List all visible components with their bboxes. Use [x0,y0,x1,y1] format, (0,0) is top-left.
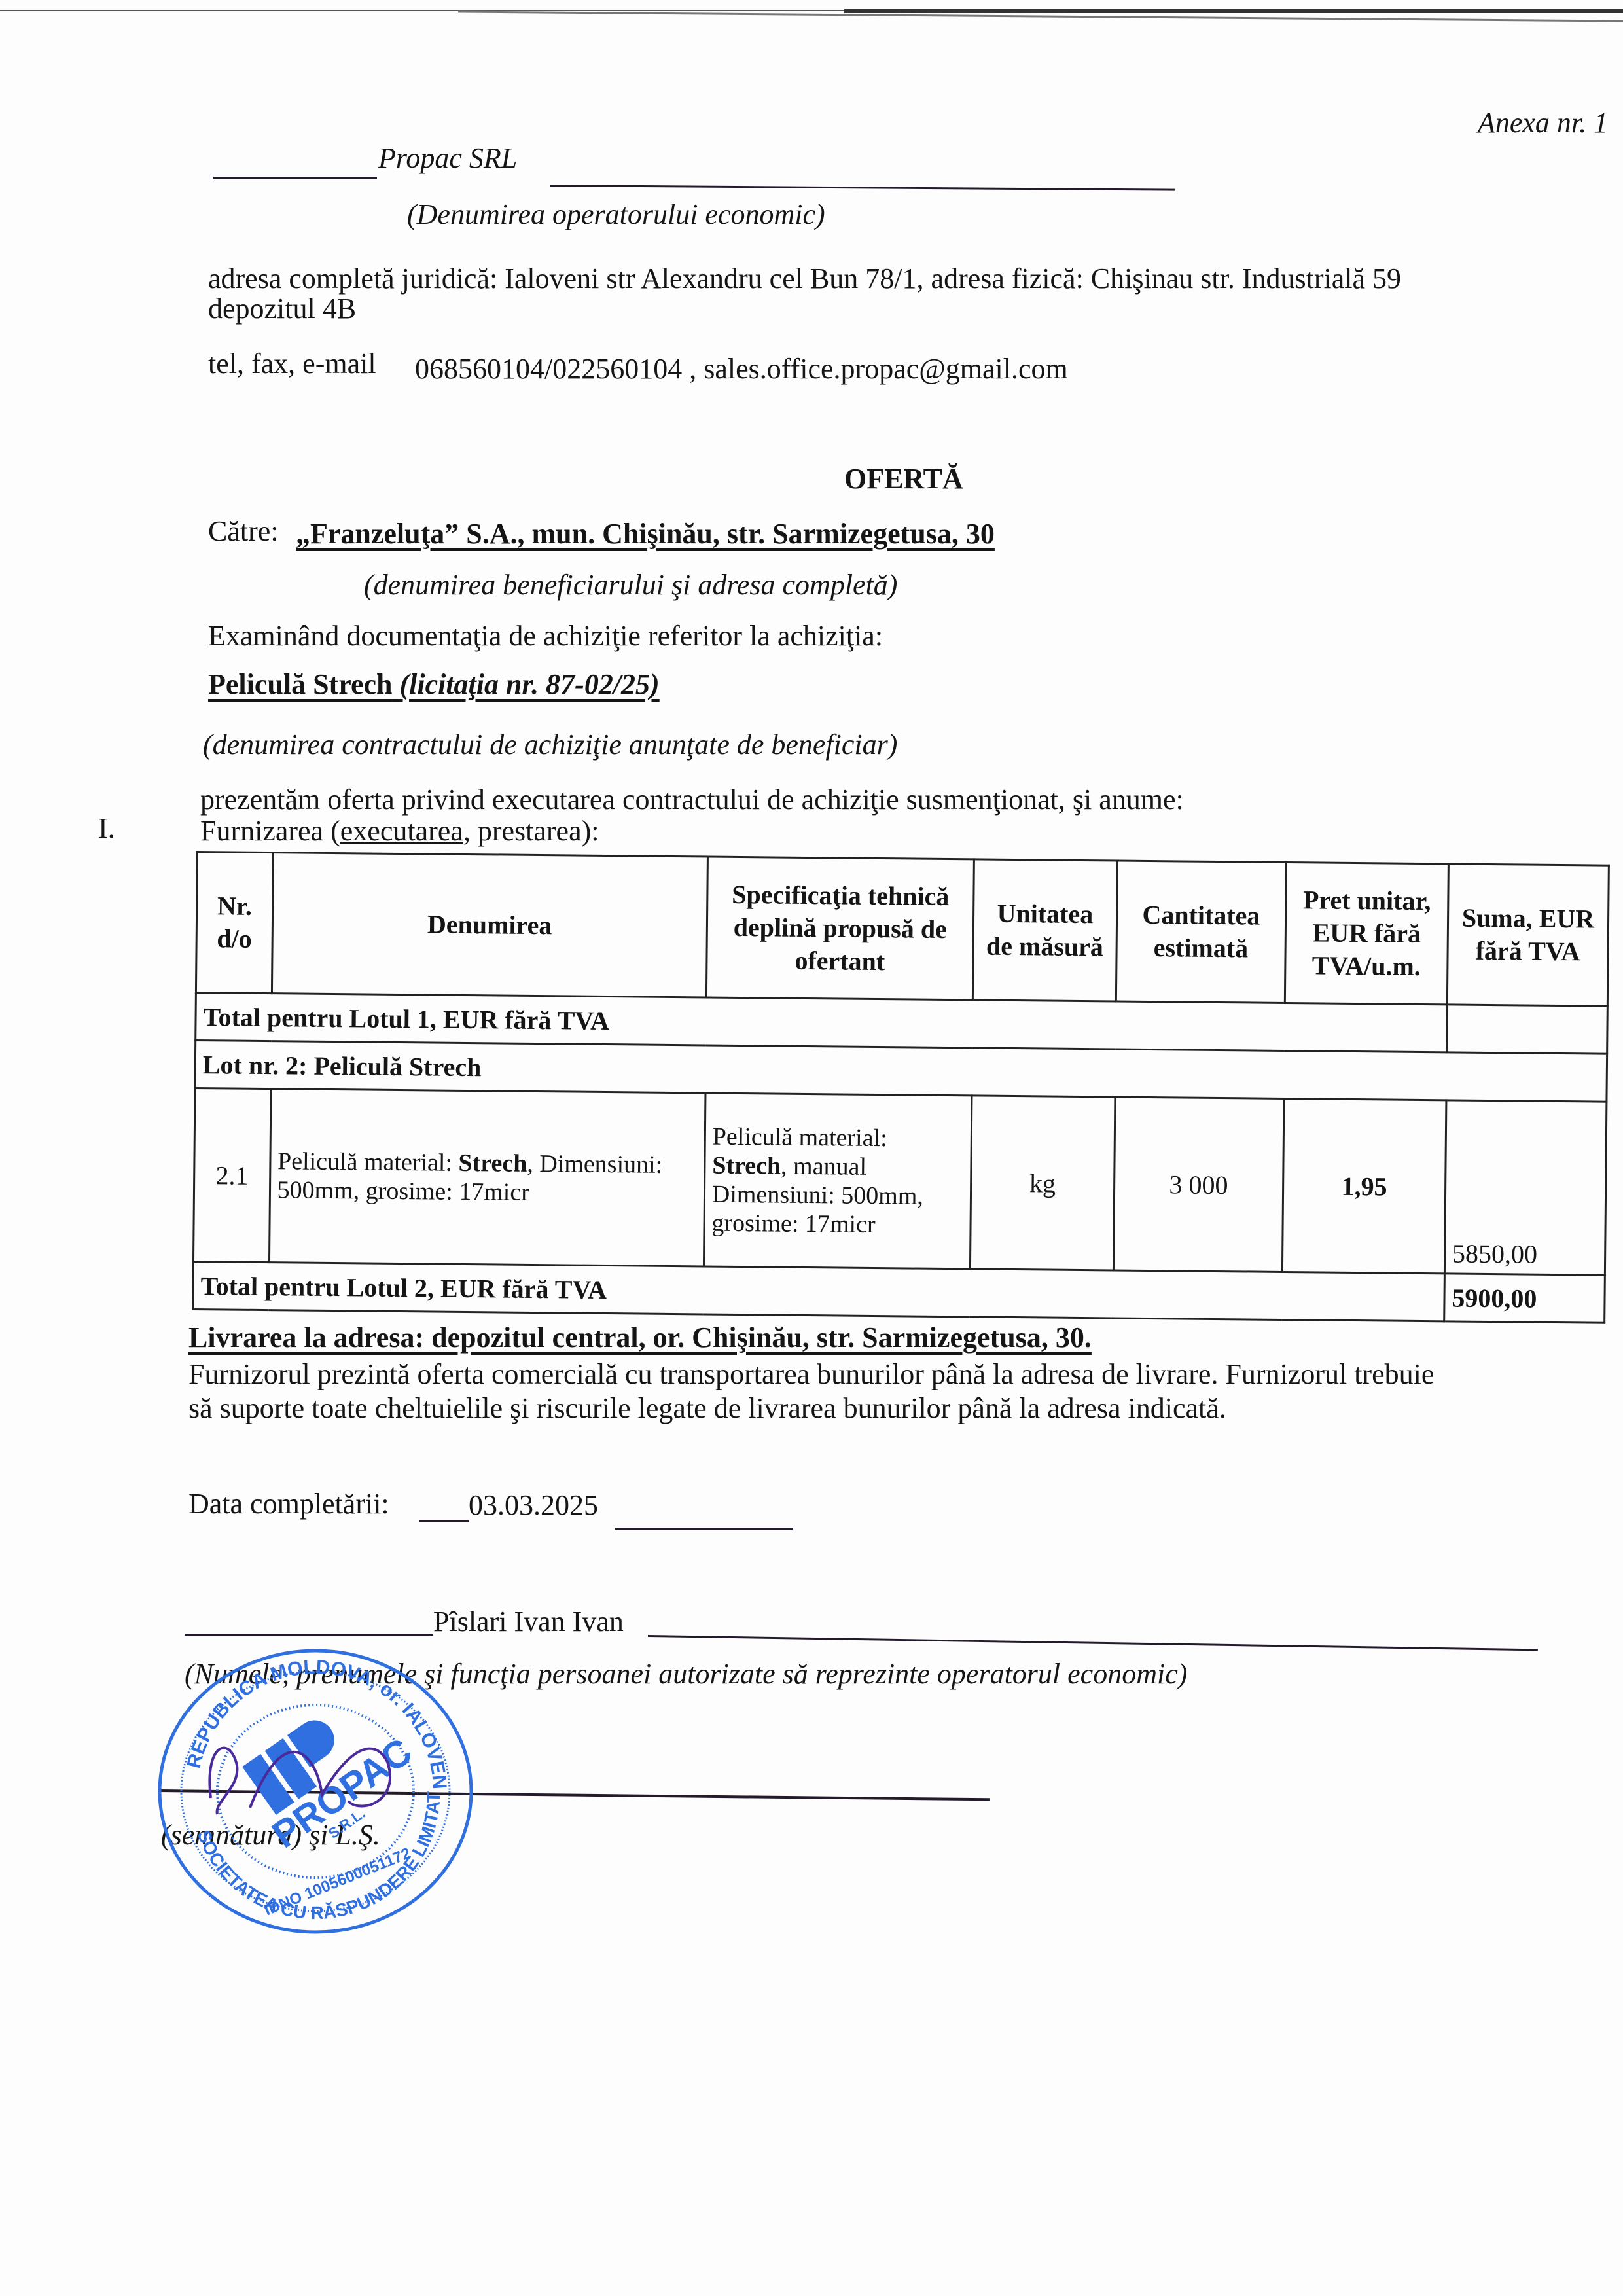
table-row: 2.1 Peliculă material: Strech, Dimensiun… [193,1088,1606,1275]
delivery-address: Livrarea la adresa: depozitul central, o… [188,1321,1092,1354]
document-title: OFERTĂ [844,462,963,495]
underline [550,185,1175,191]
address-line: adresa completă juridică: Ialoveni str A… [208,262,1401,295]
delivery-text-2: să suporte toate cheltuielile şi riscuri… [188,1391,1226,1425]
item-denumirea: Peliculă material: Strech, Dimensiuni: 5… [269,1089,705,1266]
present-text: prezentăm oferta privind executarea cont… [200,783,1184,816]
operator-caption: (Denumirea operatorului economic) [407,198,825,231]
col-specificatia: Specificaţia tehnică deplină propusă de … [706,857,974,1000]
company-stamp-icon: REPUBLICA MOLDOVA, or. IALOVENI SOCIETAT… [152,1644,479,1939]
underline [419,1520,469,1522]
offer-table: Nr. d/o Denumirea Specificaţia tehnică d… [192,851,1610,1324]
contract-title: Peliculă Strech (licitaţia nr. 87-02/25) [208,668,660,701]
contact-label: tel, fax, e-mail [208,347,376,380]
col-suma: Suma, EUR fără TVA [1447,864,1609,1006]
item-unit: kg [970,1096,1115,1270]
underline [648,1635,1538,1651]
scan-edge [0,9,1623,24]
contract-name: Peliculă Strech [208,668,392,700]
signatory-name: Pîslari Ivan Ivan [433,1605,624,1638]
tender-reference: (licitaţia nr. 87-02/25) [399,668,659,700]
item-nr: 2.1 [193,1088,270,1262]
contact-value: 068560104/022560104 , sales.office.propa… [415,352,1068,386]
item-unit-price: 1,95 [1282,1098,1446,1273]
total-lot1-value [1447,1005,1608,1054]
annex-label: Anexa nr. 1 [1478,106,1608,139]
supply-text: Furnizarea (executarea, prestarea): [200,814,599,848]
item-quantity: 3 000 [1113,1097,1284,1272]
underline [615,1528,793,1530]
item-sum: 5850,00 [1444,1100,1607,1275]
col-unitatea: Unitatea de măsură [972,859,1117,1001]
operator-name: Propac SRL [378,141,517,175]
date-value: 03.03.2025 [469,1488,598,1522]
to-label: Către: [208,514,279,548]
col-cantitatea: Cantitatea estimată [1116,861,1286,1003]
address-line-2: depozitul 4B [208,292,356,325]
underline [213,177,377,179]
col-nr: Nr. d/o [196,852,273,994]
contract-caption: (denumirea contractului de achiziţie anu… [203,728,897,761]
beneficiary: „Franzeluţa” S.A., mun. Chişinău, str. S… [296,517,995,550]
section-marker: I. [98,812,115,845]
col-denumirea: Denumirea [272,853,707,997]
beneficiary-caption: (denumirea beneficiarului şi adresa comp… [364,568,897,601]
total-lot2-value: 5900,00 [1444,1274,1605,1323]
underline [185,1634,433,1636]
examining-text: Examinând documentaţia de achiziţie refe… [208,619,883,653]
table-header-row: Nr. d/o Denumirea Specificaţia tehnică d… [196,852,1609,1007]
delivery-text-1: Furnizorul prezintă oferta comercială cu… [188,1357,1434,1391]
col-pret: Pret unitar, EUR fără TVA/u.m. [1285,862,1448,1004]
item-specificatia: Peliculă material: Strech, manual Dimens… [704,1093,972,1269]
date-label: Data completării: [188,1487,389,1520]
